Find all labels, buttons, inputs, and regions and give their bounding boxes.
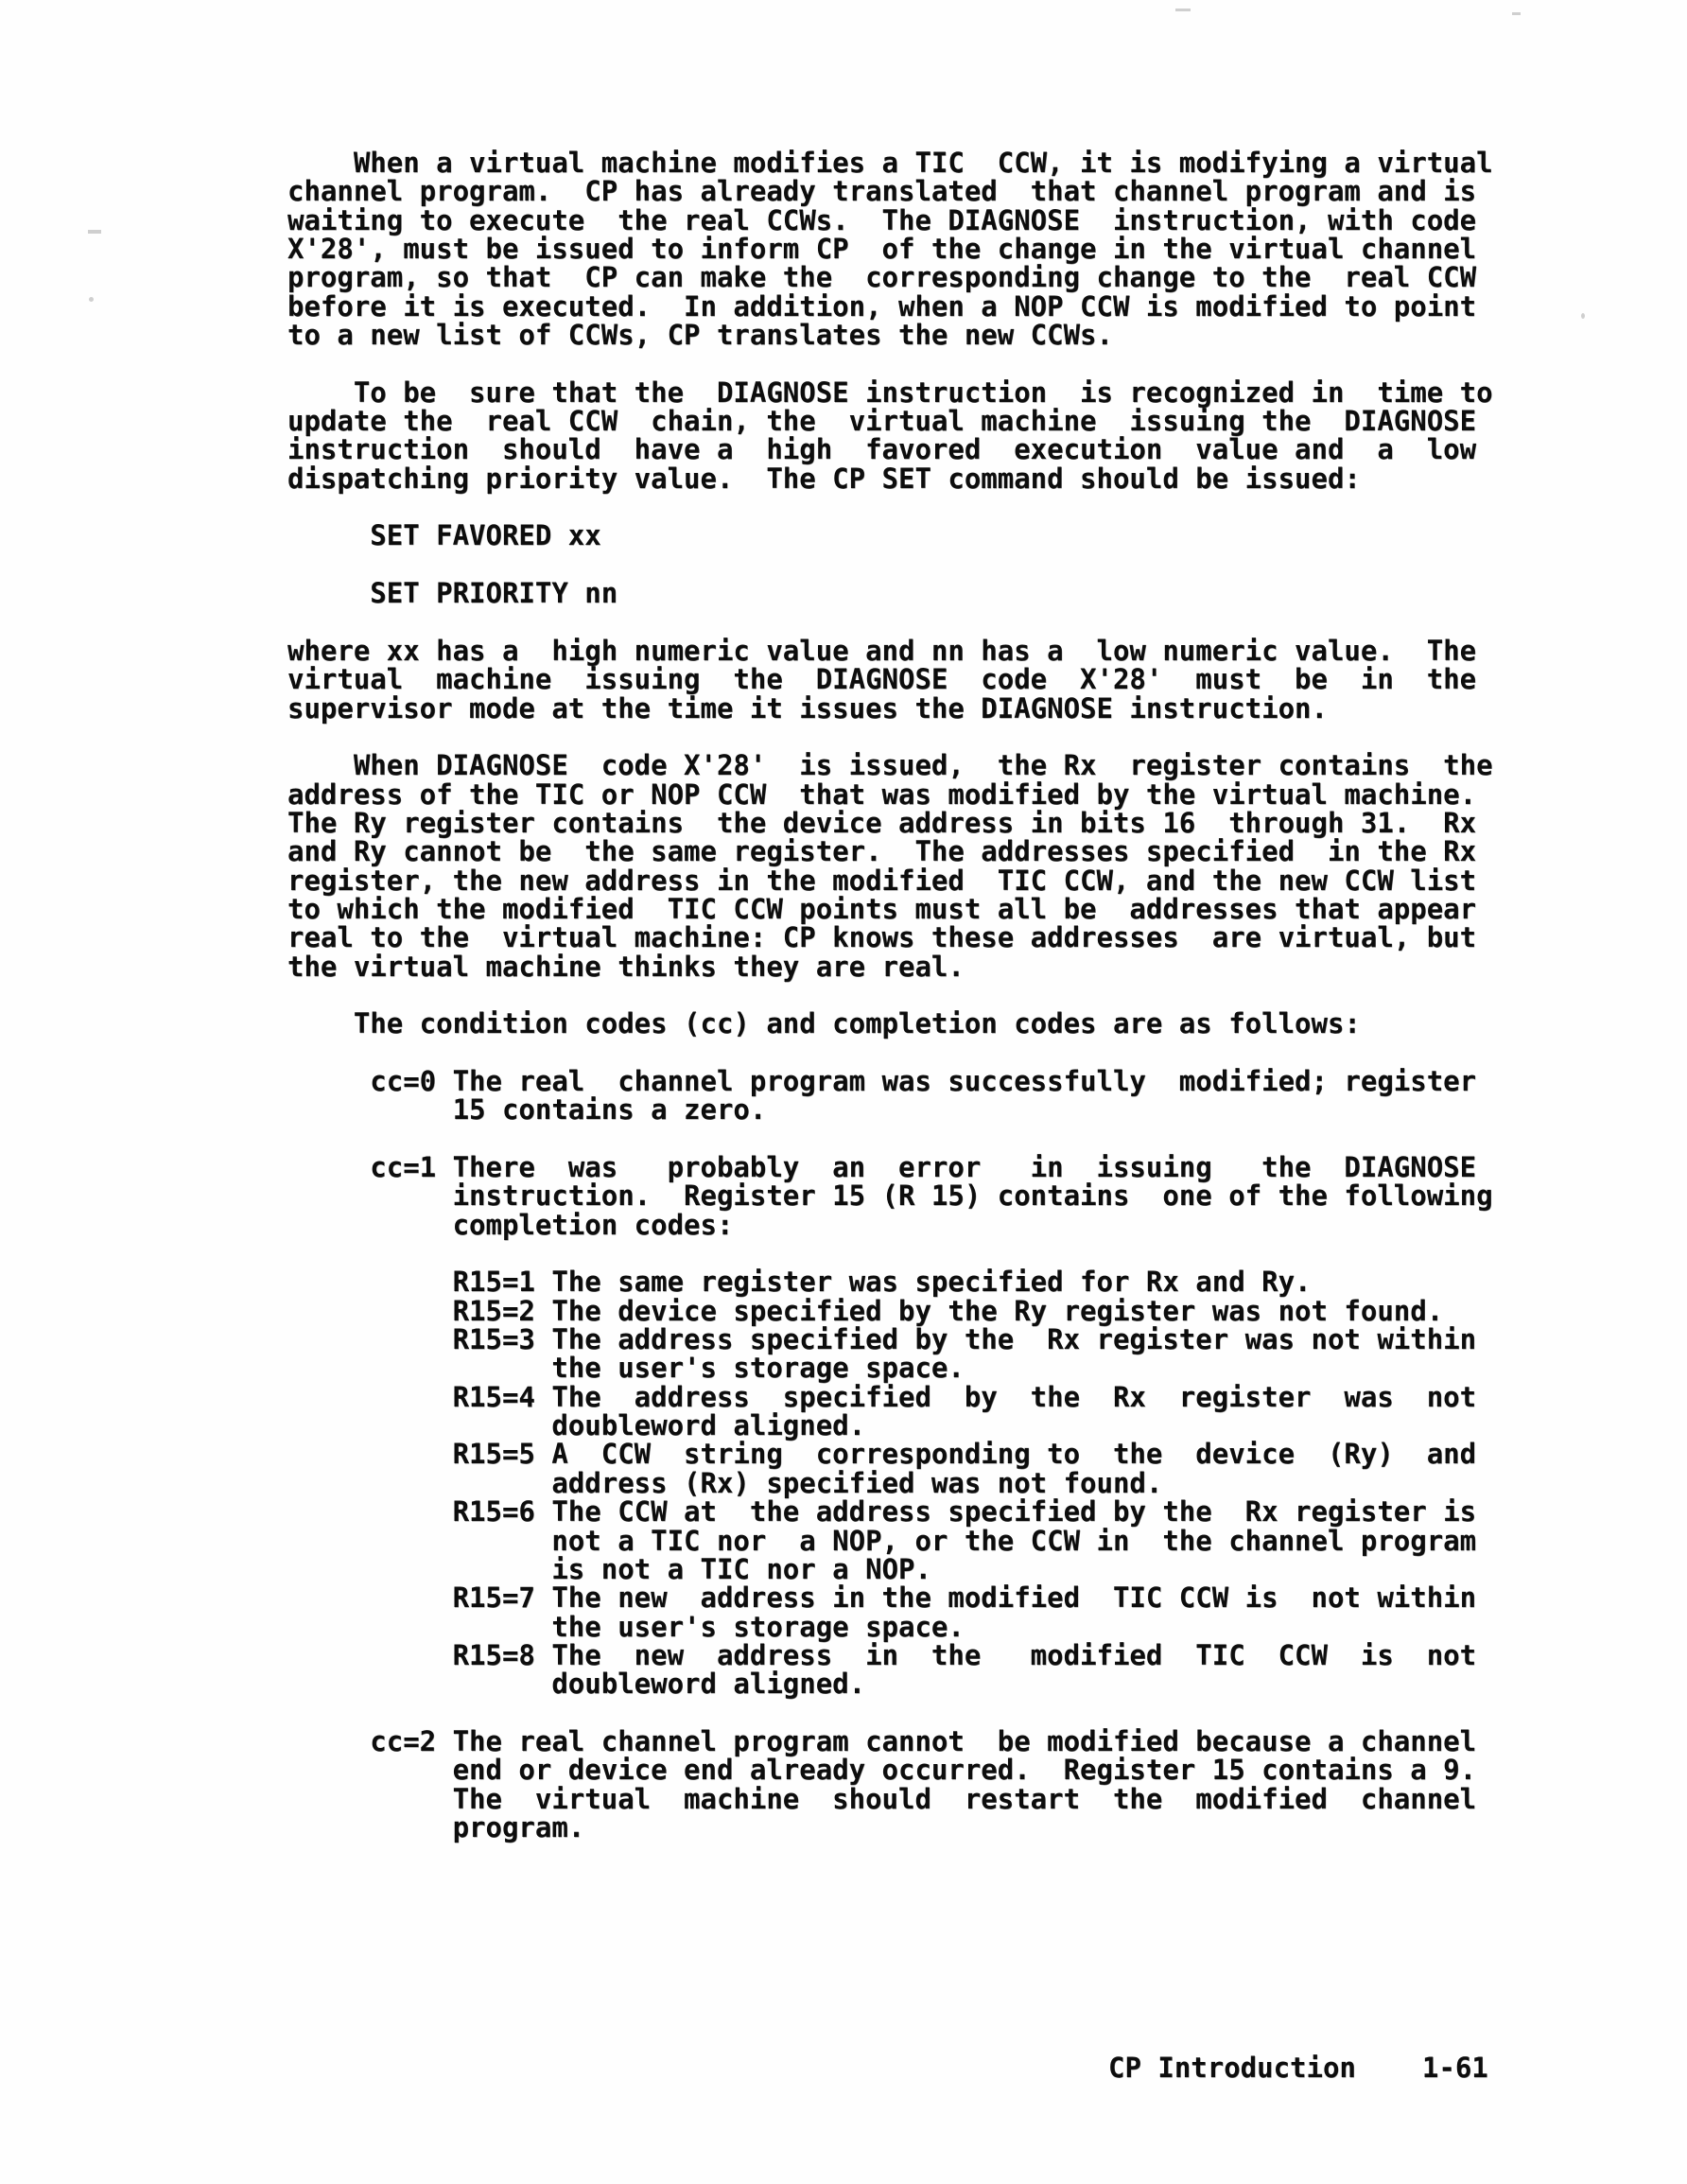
scan-artifact — [1175, 9, 1191, 11]
footer-section-title: CP Introduction — [1108, 2052, 1356, 2084]
page-body-text: When a virtual machine modifies a TIC CC… — [287, 149, 1493, 1842]
scan-artifact — [88, 230, 101, 234]
document-page: When a virtual machine modifies a TIC CC… — [0, 0, 1687, 2184]
page-footer: CP Introduction1-61 — [1108, 2053, 1488, 2082]
scan-artifact — [1512, 12, 1521, 15]
scan-artifact — [89, 297, 94, 302]
scan-artifact — [1581, 313, 1585, 319]
footer-page-number: 1-61 — [1422, 2052, 1488, 2084]
